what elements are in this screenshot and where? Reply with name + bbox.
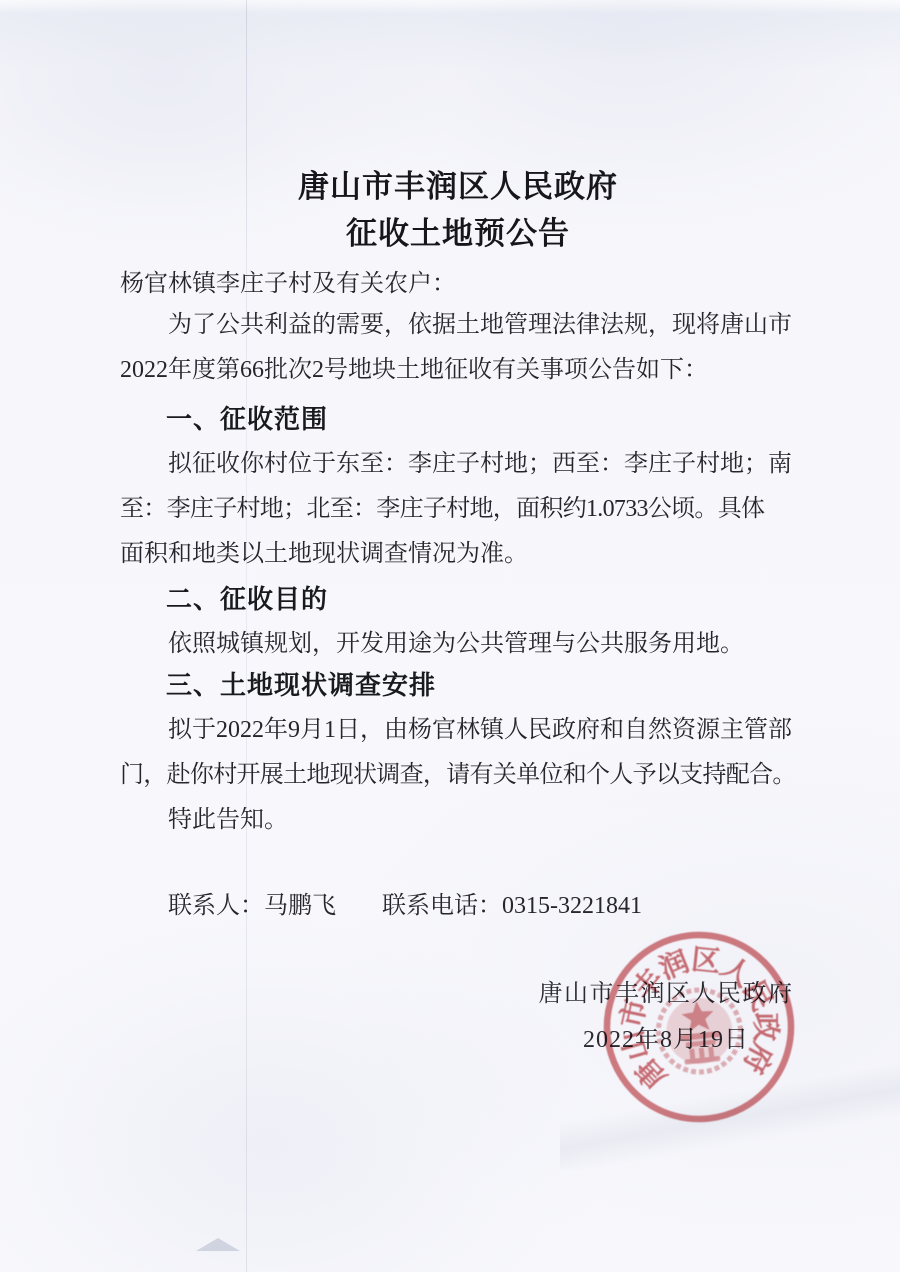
body-line: 拟于2022年9月1日，由杨官林镇人民政府和自然资源主管部 <box>120 708 796 753</box>
intro-paragraph: 为了公共利益的需要，依据土地管理法律法规，现将唐山市 2022年度第66批次2号… <box>120 303 796 393</box>
closing-line: 特此告知。 <box>120 798 844 843</box>
section-1-body: 拟征收你村位于东至：李庄子村地；西至：李庄子村地；南 至：李庄子村地；北至：李庄… <box>120 442 796 577</box>
issuing-authority-signature: 唐山市丰润区人民政府 <box>466 972 866 1017</box>
body-line: 拟征收你村位于东至：李庄子村地；西至：李庄子村地；南 <box>120 442 796 487</box>
contact-person-label: 联系人： <box>168 893 264 919</box>
signature-block: 唐山市丰润区人民政府 2022年8月19日 <box>466 972 866 1063</box>
document-date: 2022年8月19日 <box>466 1018 866 1063</box>
section-1-heading: 一、征收范围 <box>120 397 842 442</box>
contact-phone-number: 0315-3221841 <box>502 893 642 919</box>
document-title-line-1: 唐山市丰润区人民政府 <box>120 164 796 210</box>
section-2-heading: 二、征收目的 <box>120 577 842 622</box>
intro-line: 为了公共利益的需要，依据土地管理法律法规，现将唐山市 <box>120 303 796 348</box>
intro-line: 2022年度第66批次2号地块土地征收有关事项公告如下： <box>120 348 796 393</box>
body-line: 面积和地类以土地现状调查情况为准。 <box>120 532 796 577</box>
body-line: 门，赴你村开展土地现状调查，请有关单位和个人予以支持配合。 <box>120 753 796 798</box>
contact-person-name: 马鹏飞 <box>264 893 336 919</box>
scan-fold-artifact <box>196 1238 240 1251</box>
contact-line: 联系人：马鹏飞联系电话：0315-3221841 <box>120 884 844 929</box>
scanned-document-page: 唐山市丰润区人民政府 征收土地预公告 杨官林镇李庄子村及有关农户： 为了公共利益… <box>0 0 900 1272</box>
document-title-line-2: 征收土地预公告 <box>120 211 796 257</box>
body-line: 依照城镇规划，开发用途为公共管理与公共服务用地。 <box>120 622 796 667</box>
paper-fold-shadow <box>560 1050 900 1170</box>
section-3-heading: 三、土地现状调查安排 <box>120 663 842 708</box>
salutation: 杨官林镇李庄子村及有关农户： <box>120 262 796 307</box>
body-line: 至：李庄子村地；北至：李庄子村地，面积约1.0733公顷。具体 <box>120 487 796 532</box>
section-3-body: 拟于2022年9月1日，由杨官林镇人民政府和自然资源主管部 门，赴你村开展土地现… <box>120 708 796 798</box>
contact-phone-label: 联系电话： <box>382 893 502 919</box>
section-2-body: 依照城镇规划，开发用途为公共管理与公共服务用地。 <box>120 622 796 667</box>
